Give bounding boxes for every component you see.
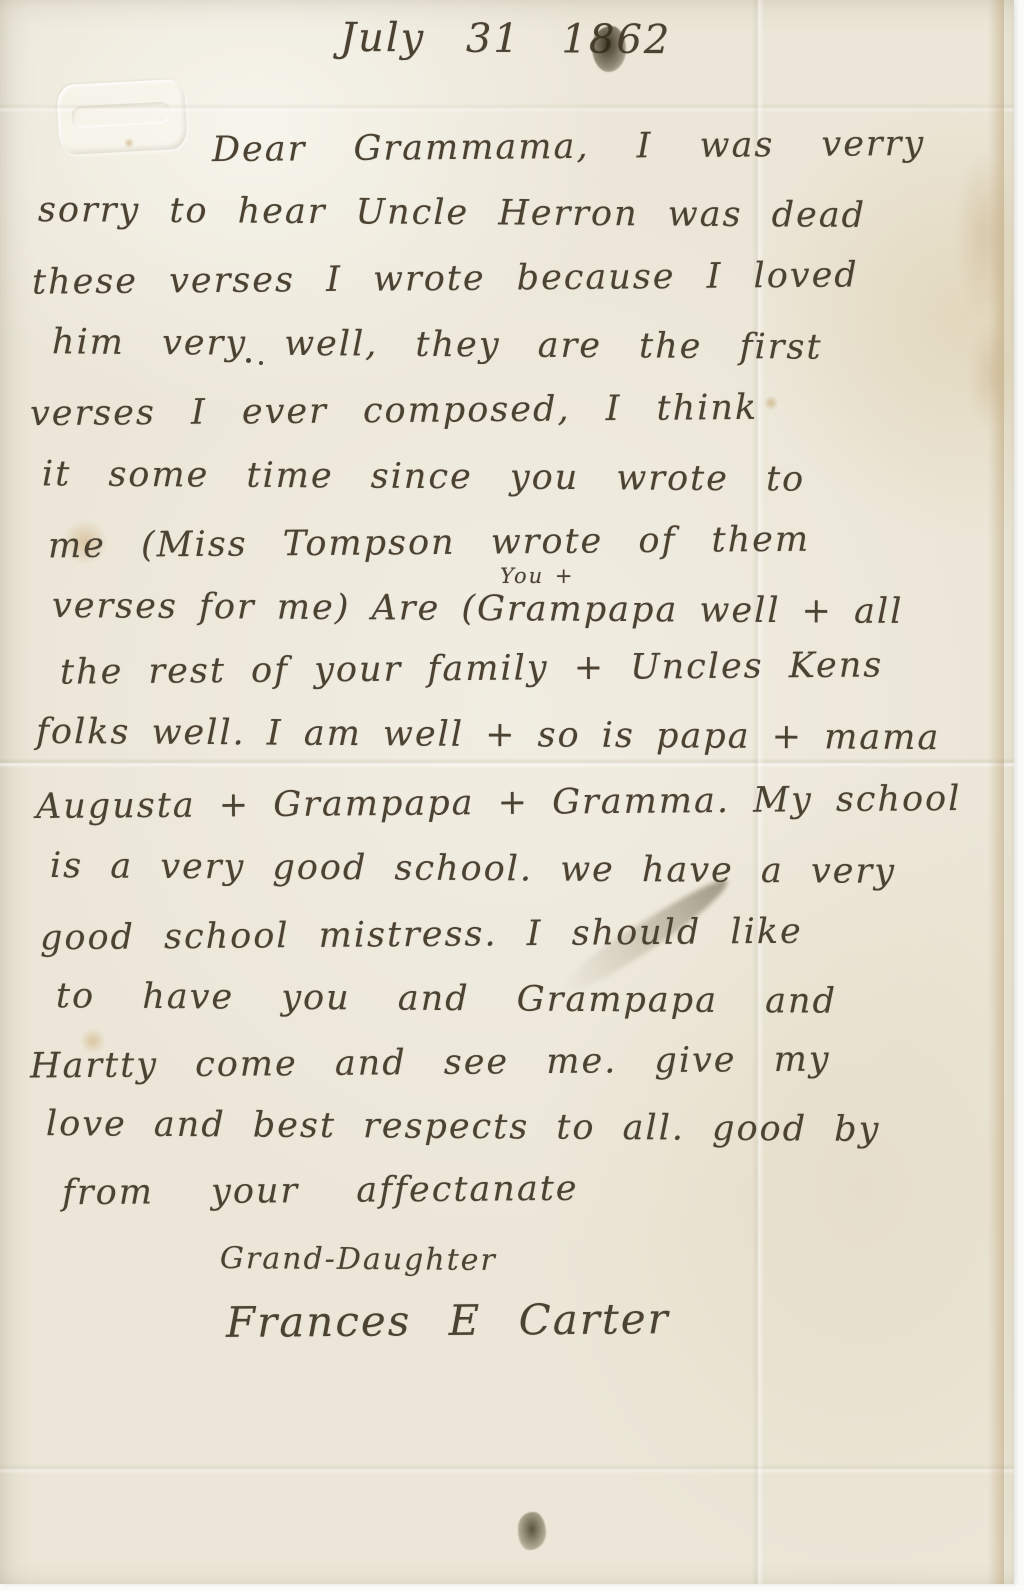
- inserted-word-above-line: You +: [500, 564, 574, 588]
- letter-line: Hartty come and see me. give my: [30, 1043, 831, 1085]
- stain: [764, 396, 778, 410]
- letter-line: these verses I wrote because I loved: [32, 258, 859, 300]
- letter-line: from your affectanate: [62, 1172, 579, 1212]
- letter-line: me (Miss Tompson wrote of them: [48, 523, 810, 565]
- embossed-stamp: [56, 79, 187, 156]
- ink-blot-bottom: [518, 1512, 546, 1550]
- embossed-stamp-ridge: [71, 102, 170, 129]
- stain-right-edge: [968, 320, 1012, 430]
- letter-line: Augusta + Grampapa + Gramma. My school: [36, 782, 962, 825]
- letter-line: to have you and Grampapa and: [56, 979, 837, 1019]
- letter-line: him very well, they are the first: [52, 325, 823, 365]
- date-line: July 31 1862: [340, 15, 672, 63]
- fold-crease-bottom: [0, 1464, 1014, 1474]
- letter-line: good school mistress. I should like: [40, 915, 803, 957]
- signature: Frances E Carter: [226, 1294, 670, 1347]
- letter-paper: July 31 1862 Dear Grammama, I was verry …: [0, 0, 1014, 1584]
- stain-right-edge: [956, 150, 1012, 320]
- letter-line: verses I ever composed, I think: [30, 391, 758, 432]
- letter-line: the rest of your family + Uncles Kens: [60, 648, 884, 690]
- signoff-role: Grand-Daughter: [220, 1241, 497, 1278]
- paper-edge-shading: [988, 0, 1004, 1584]
- letter-line: is a very good school. we have a very: [50, 849, 896, 890]
- letter-line: love and best respects to all. good by: [46, 1107, 881, 1148]
- fold-crease-middle: [0, 758, 1014, 768]
- letter-line: it some time since you wrote to: [42, 457, 805, 497]
- scanned-letter-photo: July 31 1862 Dear Grammama, I was verry …: [0, 0, 1024, 1591]
- letter-line: sorry to hear Uncle Herron was dead: [38, 193, 866, 234]
- letter-line: verses for me) Are (Grampapa well + all: [52, 589, 904, 630]
- letter-line: Dear Grammama, I was verry: [212, 127, 925, 168]
- letter-line: folks well. I am well + so is papa + mam…: [36, 715, 940, 756]
